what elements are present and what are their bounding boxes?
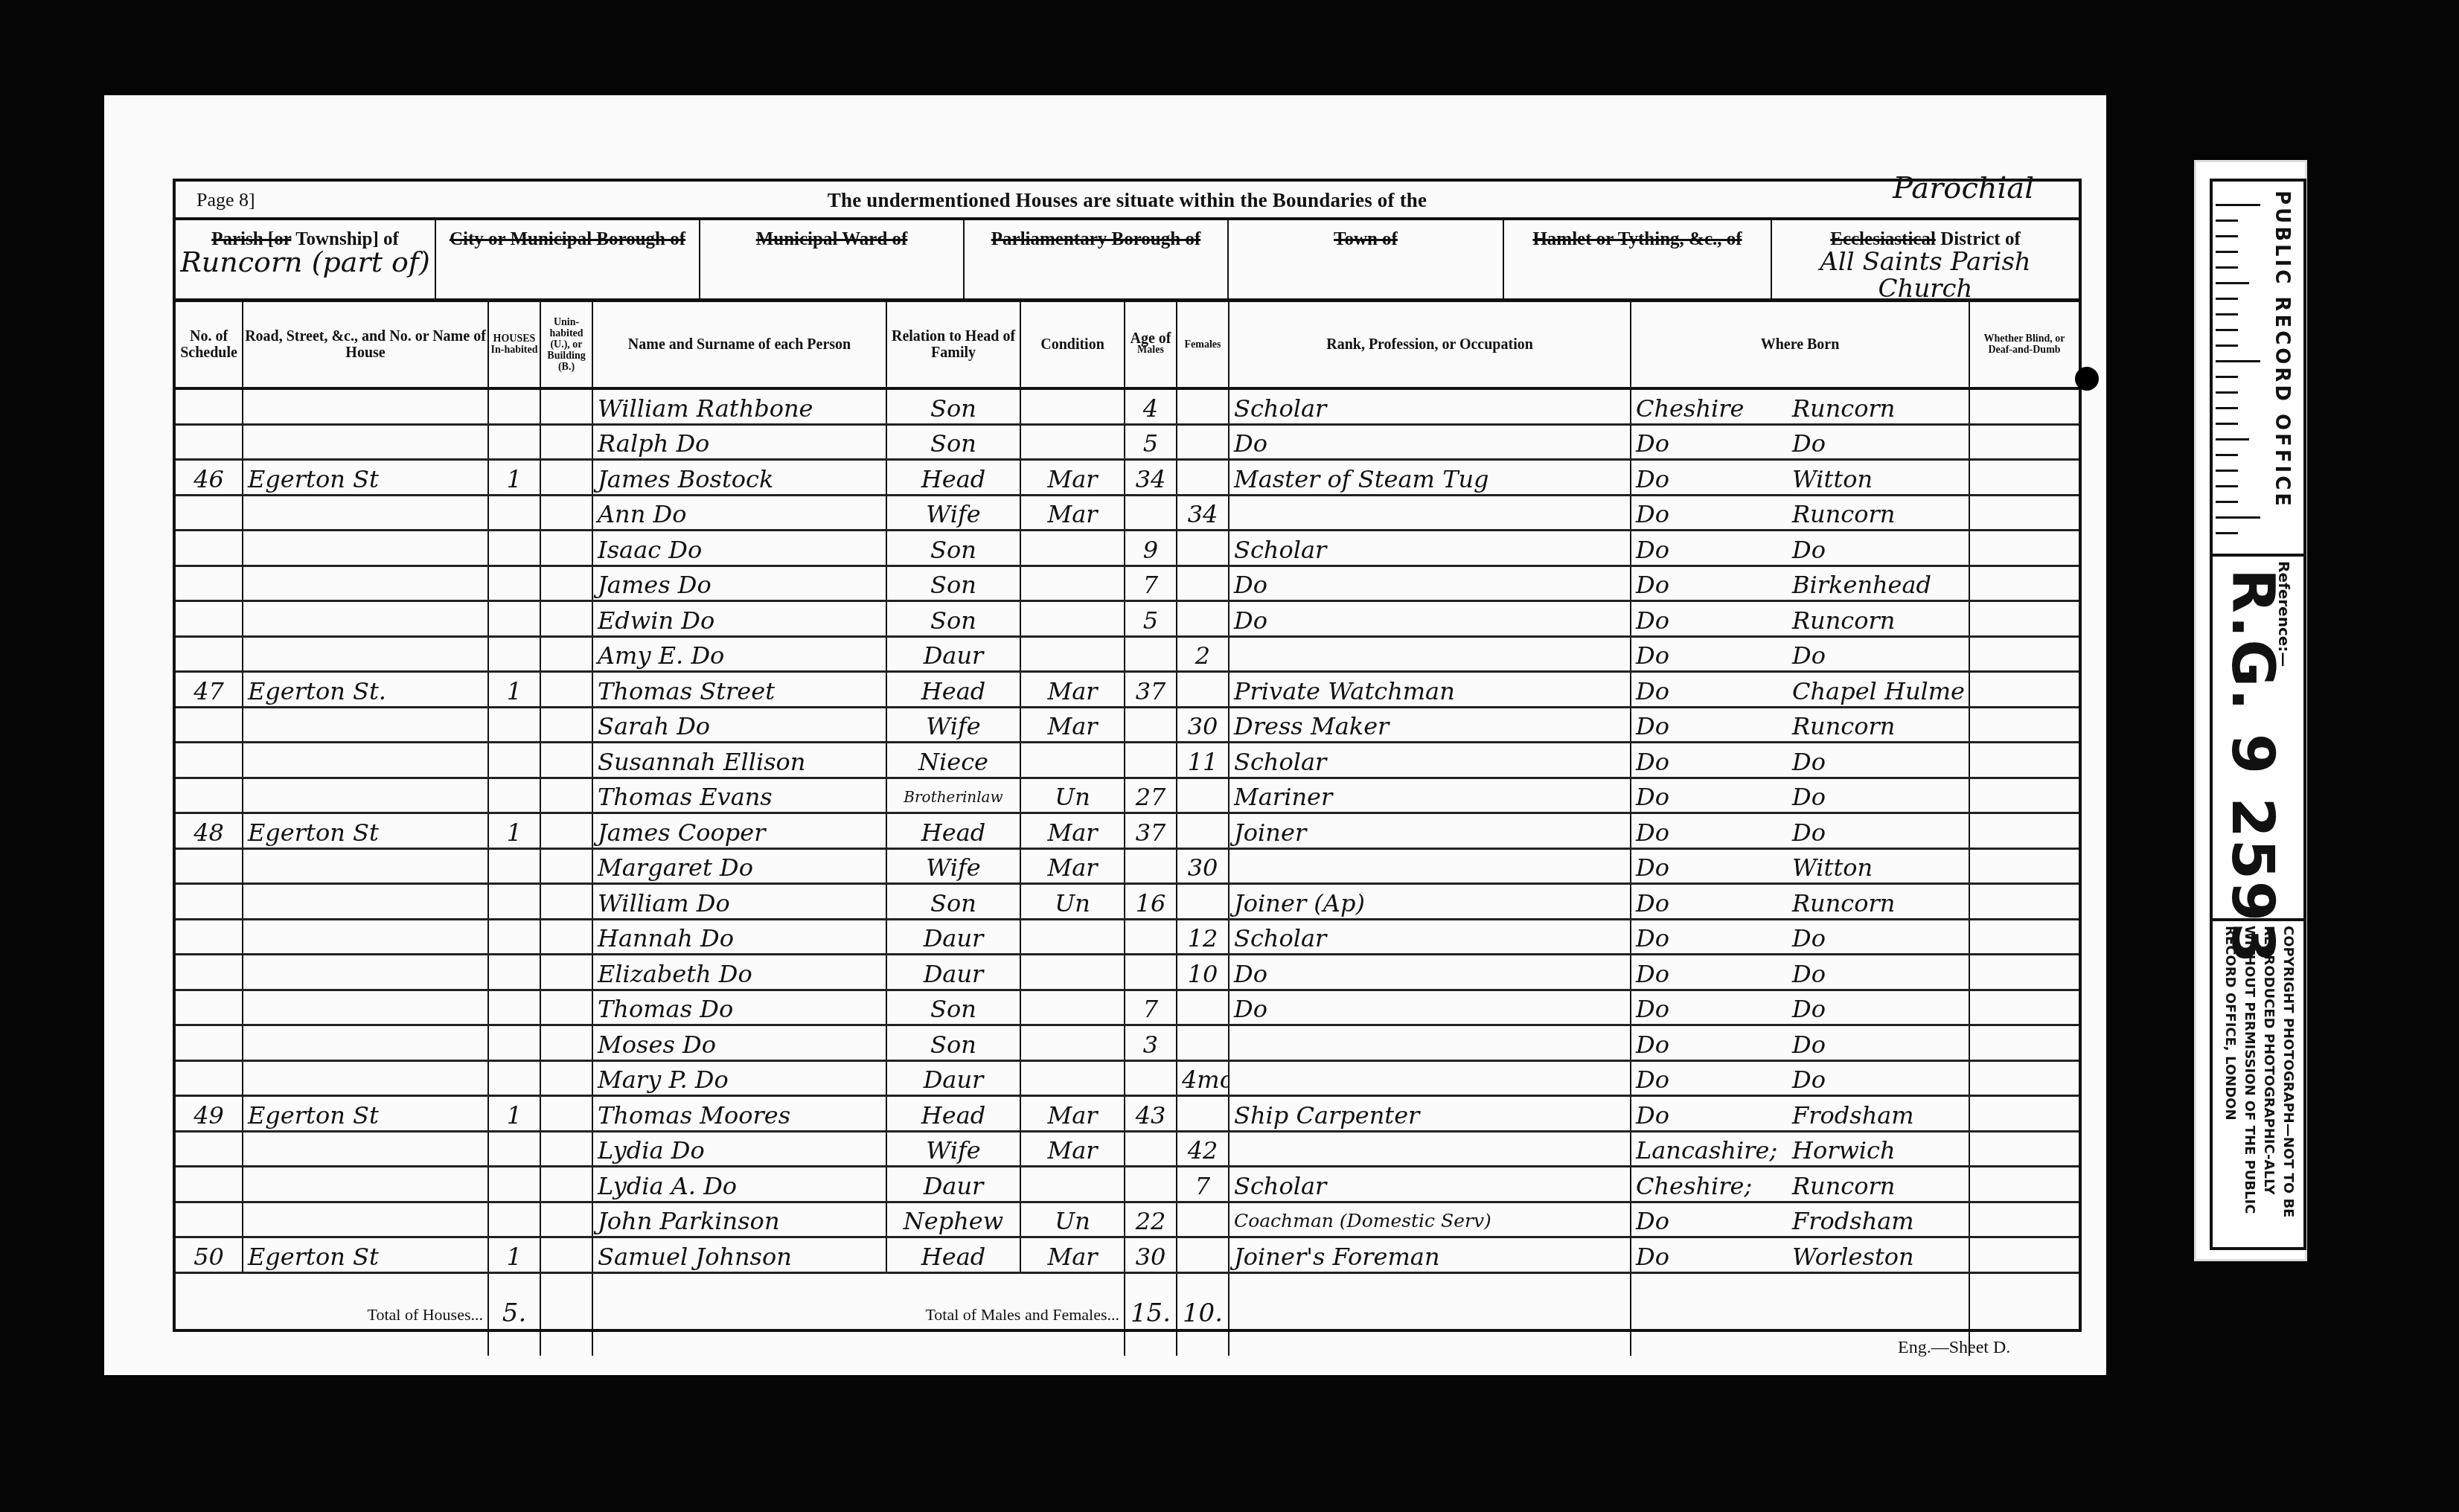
schedule-cell [176, 884, 243, 920]
schedule-cell [176, 919, 243, 955]
relation-cell: Wife [886, 495, 1020, 531]
road-cell: Egerton St [243, 1237, 488, 1273]
road-cell: Egerton St. [243, 672, 488, 708]
inhabited-cell: 1 [488, 460, 540, 496]
born-cell: Lancashire;Horwich [1631, 1131, 1969, 1167]
born-county: Do [1636, 959, 1792, 989]
road-cell [243, 778, 488, 813]
born-county: Cheshire; [1636, 1171, 1792, 1201]
male-age-cell [1125, 848, 1177, 884]
table-row: Thomas EvansBrotherinlawUn27MarinerDoDo [176, 778, 2079, 813]
schedule-cell [176, 1060, 243, 1096]
born-place: Do [1792, 783, 1826, 811]
inhabited-cell: 1 [488, 813, 540, 849]
inhabited-cell [488, 1167, 540, 1202]
schedule-cell: 50 [176, 1237, 243, 1273]
ruler-tick [2216, 235, 2238, 237]
born-county: Do [1636, 641, 1792, 670]
occupation-cell [1229, 1025, 1631, 1061]
name-cell: Ralph Do [592, 424, 886, 460]
born-cell: DoDo [1631, 990, 1969, 1025]
female-age-cell [1177, 884, 1229, 920]
born-county: Do [1636, 782, 1792, 812]
occupation-cell [1229, 1060, 1631, 1096]
born-cell: Cheshire;Runcorn [1631, 1167, 1969, 1202]
condition-cell: Mar [1020, 1096, 1125, 1132]
born-county: Do [1636, 888, 1792, 918]
female-age-cell [1177, 566, 1229, 601]
ruler-tick [2216, 376, 2238, 378]
schedule-cell [176, 778, 243, 813]
occupation-cell: Joiner (Ap) [1229, 884, 1631, 920]
ruler-tick [2216, 391, 2238, 394]
blind-cell [1969, 707, 2079, 743]
name-cell: Elizabeth Do [592, 955, 886, 990]
born-cell: CheshireRuncorn [1631, 388, 1969, 424]
name-cell: Margaret Do [592, 848, 886, 884]
total-houses-label: Total of Houses... [176, 1272, 488, 1356]
occupation-cell [1229, 636, 1631, 672]
name-cell: Thomas Do [592, 990, 886, 1025]
table-row: Sarah DoWifeMar30Dress MakerDoRuncorn [176, 707, 2079, 743]
occupation-cell: Dress Maker [1229, 707, 1631, 743]
col-females: Females [1177, 302, 1229, 388]
inhabited-cell [488, 636, 540, 672]
born-county: Cheshire [1636, 394, 1792, 423]
born-cell: DoDo [1631, 919, 1969, 955]
road-cell [243, 1060, 488, 1096]
male-age-cell: 43 [1125, 1096, 1177, 1132]
born-county: Do [1636, 535, 1792, 565]
uninhabited-cell [540, 388, 592, 424]
condition-cell: Mar [1020, 495, 1125, 531]
ruler-tick [2216, 298, 2238, 300]
born-place: Do [1792, 1031, 1826, 1059]
born-county: Do [1636, 1206, 1792, 1236]
name-cell: Samuel Johnson [592, 1237, 886, 1273]
born-cell: DoDo [1631, 955, 1969, 990]
schedule-cell [176, 388, 243, 424]
name-cell: Moses Do [592, 1025, 886, 1061]
total-males-value: 15. [1131, 1298, 1171, 1328]
born-place: Do [1792, 429, 1826, 458]
male-age-cell: 3 [1125, 1025, 1177, 1061]
blind-cell [1969, 743, 2079, 778]
female-age-cell: 7 [1177, 1167, 1229, 1202]
occupation-cell: Joiner [1229, 813, 1631, 849]
uninhabited-cell [540, 672, 592, 708]
inhabited-cell [488, 778, 540, 813]
male-age-cell [1125, 919, 1177, 955]
male-age-cell: 7 [1125, 566, 1177, 601]
blind-cell [1969, 601, 2079, 637]
district-town: Town of [1229, 220, 1504, 298]
name-cell: Lydia A. Do [592, 1167, 886, 1202]
schedule-cell [176, 601, 243, 637]
ruler-tick [2216, 204, 2260, 206]
blind-cell [1969, 566, 2079, 601]
table-row: Hannah DoDaur12ScholarDoDo [176, 919, 2079, 955]
born-county: Do [1636, 570, 1792, 600]
born-place: Do [1792, 748, 1826, 776]
inhabited-cell [488, 919, 540, 955]
female-age-cell [1177, 424, 1229, 460]
born-place: Runcorn [1792, 394, 1895, 423]
road-cell [243, 531, 488, 566]
inhabited-cell [488, 531, 540, 566]
male-age-cell: 7 [1125, 990, 1177, 1025]
col-males: Age of Males [1125, 302, 1177, 388]
born-cell: DoFrodsham [1631, 1202, 1969, 1237]
occupation-cell: Scholar [1229, 1167, 1631, 1202]
occupation-cell: Scholar [1229, 388, 1631, 424]
female-age-cell: 30 [1177, 848, 1229, 884]
female-age-cell [1177, 778, 1229, 813]
schedule-cell [176, 955, 243, 990]
inhabited-cell [488, 495, 540, 531]
occupation-cell [1229, 848, 1631, 884]
name-cell: William Rathbone [592, 388, 886, 424]
district-hamlet: Hamlet or Tything, &c., of [1504, 220, 1772, 298]
table-row: John ParkinsonNephewUn22Coachman (Domest… [176, 1202, 2079, 1237]
schedule-cell [176, 531, 243, 566]
condition-cell: Mar [1020, 1237, 1125, 1273]
blind-cell [1969, 1131, 2079, 1167]
born-cell: DoRuncorn [1631, 601, 1969, 637]
condition-cell: Mar [1020, 813, 1125, 849]
road-cell [243, 601, 488, 637]
relation-cell: Wife [886, 1131, 1020, 1167]
uninhabited-cell [540, 424, 592, 460]
born-place: Do [1792, 536, 1826, 564]
born-cell: DoDo [1631, 424, 1969, 460]
name-cell: William Do [592, 884, 886, 920]
inhabited-cell [488, 884, 540, 920]
col-inhabited-label: In-habited [490, 345, 538, 356]
ink-blot [2075, 367, 2099, 391]
blind-cell [1969, 848, 2079, 884]
copyright-notice: COPYRIGHT PHOTOGRAPH—NOT TO BE REPRODUCE… [2216, 926, 2297, 1247]
ruler-tick [2216, 360, 2260, 362]
ruler-tick [2216, 454, 2238, 456]
relation-cell: Daur [886, 1060, 1020, 1096]
record-label-frame: PUBLIC RECORD OFFICE Reference:— R.G. 9 … [2210, 179, 2306, 1250]
road-cell [243, 848, 488, 884]
born-cell: DoWorleston [1631, 1237, 1969, 1273]
born-cell: DoDo [1631, 813, 1969, 849]
table-row: Margaret DoWifeMar30DoWitton [176, 848, 2079, 884]
uninhabited-cell [540, 1096, 592, 1132]
male-age-cell [1125, 1060, 1177, 1096]
name-cell: Hannah Do [592, 919, 886, 955]
boundary-heading: The undermentioned Houses are situate wi… [176, 189, 2079, 212]
district-ecclesiastical: Ecclesiastical District of All Saints Pa… [1772, 220, 2079, 298]
table-row: 49Egerton St1Thomas MooresHeadMar43Ship … [176, 1096, 2079, 1132]
female-age-cell: 4mo [1177, 1060, 1229, 1096]
inhabited-cell [488, 1202, 540, 1237]
born-county: Do [1636, 711, 1792, 741]
schedule-cell: 49 [176, 1096, 243, 1132]
table-row: William RathboneSon4ScholarCheshireRunco… [176, 388, 2079, 424]
schedule-cell [176, 424, 243, 460]
table-row: Ann DoWifeMar34DoRuncorn [176, 495, 2079, 531]
name-cell: Sarah Do [592, 707, 886, 743]
road-cell [243, 495, 488, 531]
female-age-cell [1177, 1096, 1229, 1132]
female-age-cell [1177, 990, 1229, 1025]
table-row: Edwin DoSon5DoDoRuncorn [176, 601, 2079, 637]
male-age-cell: 4 [1125, 388, 1177, 424]
col-schedule: No. of Schedule [176, 302, 243, 388]
relation-cell: Son [886, 388, 1020, 424]
condition-cell: Mar [1020, 672, 1125, 708]
female-age-cell: 11 [1177, 743, 1229, 778]
uninhabited-cell [540, 990, 592, 1025]
ruler-tick [2216, 407, 2238, 409]
col-occupation: Rank, Profession, or Occupation [1229, 302, 1631, 388]
uninhabited-cell [540, 707, 592, 743]
blind-cell [1969, 672, 2079, 708]
road-cell [243, 636, 488, 672]
census-form: Page 8] The undermentioned Houses are si… [173, 179, 2082, 1332]
uninhabited-cell [540, 460, 592, 496]
male-age-cell: 30 [1125, 1237, 1177, 1273]
blind-cell [1969, 955, 2079, 990]
occupation-cell: Joiner's Foreman [1229, 1237, 1631, 1273]
relation-cell: Son [886, 424, 1020, 460]
name-cell: Ann Do [592, 495, 886, 531]
female-age-cell [1177, 601, 1229, 637]
relation-cell: Daur [886, 955, 1020, 990]
uninhabited-cell [540, 1131, 592, 1167]
female-age-cell [1177, 1202, 1229, 1237]
blind-cell [1969, 1060, 2079, 1096]
name-cell: Mary P. Do [592, 1060, 886, 1096]
table-row: Mary P. DoDaur4moDoDo [176, 1060, 2079, 1096]
table-row: James DoSon7DoDoBirkenhead [176, 566, 2079, 601]
female-age-cell: 42 [1177, 1131, 1229, 1167]
divider [2213, 918, 2303, 921]
divider [2213, 554, 2303, 557]
born-county: Do [1636, 429, 1792, 458]
name-cell: Edwin Do [592, 601, 886, 637]
blind-cell [1969, 1167, 2079, 1202]
occupation-cell: Mariner [1229, 778, 1631, 813]
relation-cell: Niece [886, 743, 1020, 778]
condition-cell [1020, 636, 1125, 672]
relation-cell: Son [886, 990, 1020, 1025]
name-cell: Amy E. Do [592, 636, 886, 672]
born-cell: DoDo [1631, 531, 1969, 566]
blind-cell [1969, 1237, 2079, 1273]
totals-row: Total of Houses... 5. Total of Males and… [176, 1272, 2079, 1356]
schedule-cell [176, 848, 243, 884]
name-cell: James Do [592, 566, 886, 601]
ruler-tick [2216, 251, 2238, 253]
born-county: Do [1636, 676, 1792, 706]
relation-cell: Wife [886, 848, 1020, 884]
uninhabited-cell [540, 601, 592, 637]
condition-cell [1020, 424, 1125, 460]
uninhabited-cell [540, 1025, 592, 1061]
female-age-cell [1177, 672, 1229, 708]
occupation-cell [1229, 1131, 1631, 1167]
female-age-cell: 30 [1177, 707, 1229, 743]
condition-cell [1020, 743, 1125, 778]
born-place: Do [1792, 924, 1826, 952]
occupation-cell: Do [1229, 566, 1631, 601]
total-persons-label: Total of Males and Females... [592, 1272, 1125, 1356]
road-cell [243, 1025, 488, 1061]
inhabited-cell [488, 707, 540, 743]
uninhabited-cell [540, 919, 592, 955]
inhabited-cell [488, 388, 540, 424]
ruler-tick [2216, 282, 2249, 284]
condition-cell [1020, 388, 1125, 424]
born-cell: DoBirkenhead [1631, 566, 1969, 601]
born-cell: DoRuncorn [1631, 707, 1969, 743]
table-row: Lydia A. DoDaur7ScholarCheshire;Runcorn [176, 1167, 2079, 1202]
born-place: Frodsham [1792, 1207, 1914, 1235]
ruler-tick [2216, 423, 2238, 425]
born-cell: DoDo [1631, 1025, 1969, 1061]
road-cell [243, 566, 488, 601]
born-place: Runcorn [1792, 889, 1895, 917]
born-place: Birkenhead [1792, 571, 1931, 599]
schedule-cell [176, 1025, 243, 1061]
col-houses: HOUSES [490, 333, 538, 345]
inhabited-cell [488, 955, 540, 990]
condition-cell [1020, 531, 1125, 566]
road-cell [243, 743, 488, 778]
name-cell: Thomas Evans [592, 778, 886, 813]
condition-cell: Un [1020, 1202, 1125, 1237]
condition-cell [1020, 955, 1125, 990]
occupation-cell: Scholar [1229, 743, 1631, 778]
district-municipal-borough: City or Municipal Borough of [436, 220, 700, 298]
schedule-cell [176, 636, 243, 672]
born-place: Witton [1792, 853, 1873, 882]
ruler-tick [2216, 313, 2238, 315]
male-age-cell: 16 [1125, 884, 1177, 920]
born-county: Do [1636, 464, 1792, 494]
born-county: Do [1636, 1030, 1792, 1060]
born-cell: DoFrodsham [1631, 1096, 1969, 1132]
born-place: Do [1792, 995, 1826, 1023]
born-place: Do [1792, 819, 1826, 847]
ruler-tick [2216, 438, 2249, 441]
condition-cell: Mar [1020, 1131, 1125, 1167]
male-age-cell: 34 [1125, 460, 1177, 496]
female-age-cell [1177, 460, 1229, 496]
born-place: Frodsham [1792, 1101, 1914, 1130]
sheet-footer: Eng.—Sheet D. [1898, 1338, 2010, 1358]
road-cell [243, 1131, 488, 1167]
blind-cell [1969, 1202, 2079, 1237]
condition-cell [1020, 601, 1125, 637]
occupation-cell: Do [1229, 955, 1631, 990]
road-cell [243, 955, 488, 990]
parochial-annotation: Parochial [1893, 171, 2034, 205]
male-age-cell [1125, 1167, 1177, 1202]
ruler-tick [2216, 345, 2238, 347]
col-blind: Whether Blind, or Deaf-and-Dumb [1969, 302, 2079, 388]
column-headers: No. of Schedule Road, Street, &c., and N… [176, 302, 2079, 388]
name-cell: James Cooper [592, 813, 886, 849]
relation-cell: Daur [886, 636, 1020, 672]
uninhabited-cell [540, 1167, 592, 1202]
born-place: Do [1792, 1066, 1826, 1094]
condition-cell [1020, 566, 1125, 601]
male-age-cell [1125, 955, 1177, 990]
female-age-cell: 2 [1177, 636, 1229, 672]
table-row: Amy E. DoDaur2DoDo [176, 636, 2079, 672]
record-office-title: PUBLIC RECORD OFFICE [2271, 190, 2293, 509]
col-uninhabited: Unin-habited (U.), or Building (B.) [540, 302, 592, 388]
condition-cell [1020, 919, 1125, 955]
inhabited-cell [488, 1025, 540, 1061]
born-cell: DoRuncorn [1631, 884, 1969, 920]
total-houses-value: 5. [502, 1298, 526, 1328]
name-cell: James Bostock [592, 460, 886, 496]
born-place: Chapel Hulme [1792, 677, 1965, 705]
occupation-cell [1229, 495, 1631, 531]
relation-cell: Son [886, 1025, 1020, 1061]
relation-cell: Daur [886, 1167, 1020, 1202]
inhabited-cell [488, 743, 540, 778]
condition-cell: Mar [1020, 707, 1125, 743]
occupation-cell: Private Watchman [1229, 672, 1631, 708]
female-age-cell [1177, 388, 1229, 424]
born-place: Runcorn [1792, 1172, 1895, 1200]
schedule-cell: 46 [176, 460, 243, 496]
road-cell [243, 707, 488, 743]
uninhabited-cell [540, 778, 592, 813]
road-cell [243, 919, 488, 955]
blind-cell [1969, 1096, 2079, 1132]
road-cell [243, 884, 488, 920]
relation-cell: Head [886, 1096, 1020, 1132]
ruler-tick [2216, 220, 2238, 222]
blind-cell [1969, 495, 2079, 531]
district-row: Parish [or Township] of Runcorn (part of… [176, 220, 2079, 302]
male-age-cell: 22 [1125, 1202, 1177, 1237]
blind-cell [1969, 636, 2079, 672]
born-county: Lancashire; [1636, 1135, 1792, 1165]
schedule-cell [176, 1131, 243, 1167]
condition-cell [1020, 1060, 1125, 1096]
occupation-cell: Scholar [1229, 919, 1631, 955]
census-rows: William RathboneSon4ScholarCheshireRunco… [176, 388, 2079, 1272]
inhabited-cell [488, 990, 540, 1025]
relation-cell: Head [886, 813, 1020, 849]
relation-cell: Head [886, 672, 1020, 708]
blind-cell [1969, 813, 2079, 849]
uninhabited-cell [540, 813, 592, 849]
male-age-cell [1125, 1131, 1177, 1167]
uninhabited-cell [540, 955, 592, 990]
uninhabited-cell [540, 848, 592, 884]
relation-cell: Head [886, 1237, 1020, 1273]
table-row: 48Egerton St1James CooperHeadMar37Joiner… [176, 813, 2079, 849]
table-row: Lydia DoWifeMar42Lancashire;Horwich [176, 1131, 2079, 1167]
born-place: Do [1792, 960, 1826, 988]
road-cell [243, 424, 488, 460]
born-county: Do [1636, 1242, 1792, 1272]
relation-cell: Head [886, 460, 1020, 496]
district-municipal-ward: Municipal Ward of [700, 220, 965, 298]
inhabited-cell [488, 848, 540, 884]
